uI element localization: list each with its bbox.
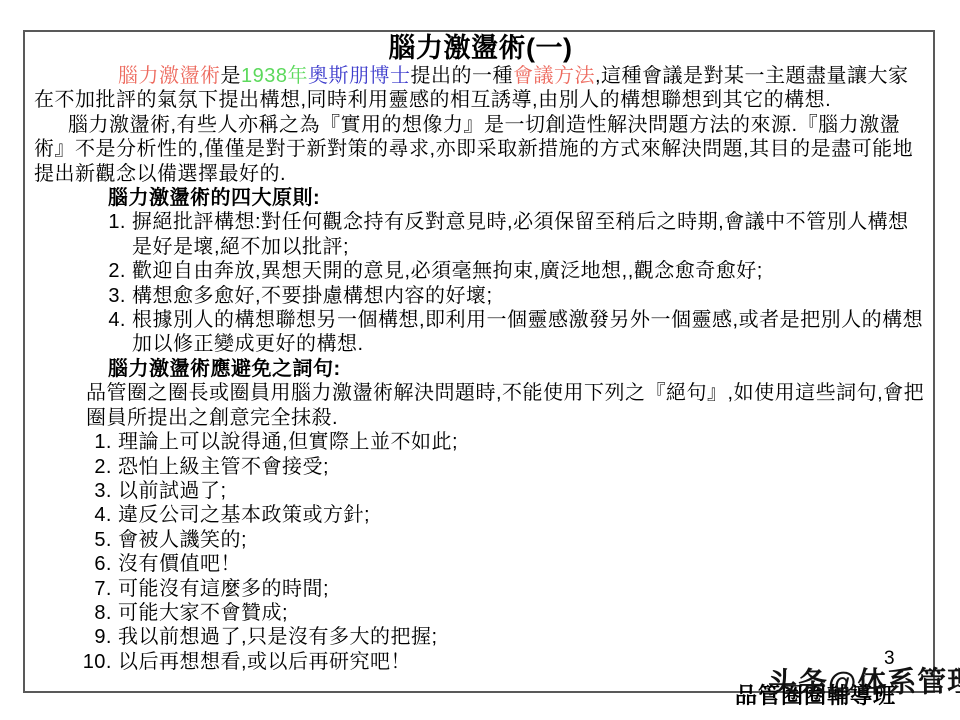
slide-content: 腦力激盪術(一) 腦力激盪術是1938年奧斯朋博士提出的一種會議方法,這種會議是… <box>25 32 933 674</box>
list-item-text: 可能沒有這麼多的時間; <box>118 577 927 601</box>
list-item-number: 10. <box>78 650 112 674</box>
list-item-text: 構想愈多愈好,不要掛慮構想内容的好壞; <box>132 284 927 308</box>
text-segment-blue: 奧斯朋博士 <box>308 65 411 87</box>
list-item: 3.構想愈多愈好,不要掛慮構想内容的好壞; <box>104 284 927 308</box>
list-item-text: 摒絕批評構想:對任何觀念持有反對意見時,必須保留至稍后之時期,會議中不管別人構想… <box>132 210 927 259</box>
list-item: 4.違反公司之基本政策或方針; <box>78 503 927 527</box>
slide-frame: 腦力激盪術(一) 腦力激盪術是1938年奧斯朋博士提出的一種會議方法,這種會議是… <box>23 30 935 693</box>
list-item-number: 3. <box>78 479 112 503</box>
list-item-text: 恐怕上級主管不會接受; <box>118 455 927 479</box>
list-item-text: 會被人譏笑的; <box>118 528 927 552</box>
list-item: 8.可能大家不會贊成; <box>78 601 927 625</box>
list-item-number: 9. <box>78 625 112 649</box>
text-segment-green: 1938年 <box>241 65 308 87</box>
intro-paragraph-1: 腦力激盪術是1938年奧斯朋博士提出的一種會議方法,這種會議是對某一主題盡量讓大… <box>34 64 927 113</box>
list-item: 9.我以前想過了,只是沒有多大的把握; <box>78 625 927 649</box>
list-item: 7.可能沒有這麼多的時間; <box>78 577 927 601</box>
list-item-number: 1. <box>104 210 126 259</box>
principles-list: 1.摒絕批評構想:對任何觀念持有反對意見時,必須保留至稍后之時期,會議中不管別人… <box>34 210 927 356</box>
list-item: 1.理論上可以說得通,但實際上並不如此; <box>78 430 927 454</box>
list-item-number: 3. <box>104 284 126 308</box>
list-item-text: 根據別人的構想聯想另一個構想,即利用一個靈感激發另外一個靈感,或者是把別人的構想… <box>132 308 927 357</box>
text-segment-black: 是 <box>221 65 242 87</box>
list-item-number: 4. <box>78 503 112 527</box>
list-item-text: 沒有價值吧！ <box>118 552 927 576</box>
list-item-number: 2. <box>78 455 112 479</box>
text-segment-red: 會議方法 <box>513 65 595 87</box>
list-item: 1.摒絕批評構想:對任何觀念持有反對意見時,必須保留至稍后之時期,會議中不管別人… <box>104 210 927 259</box>
list-item-number: 7. <box>78 577 112 601</box>
list-item: 5.會被人譏笑的; <box>78 528 927 552</box>
slide-title: 腦力激盪術(一) <box>34 33 927 64</box>
text-segment-black: 提出的一種 <box>411 65 514 87</box>
list-item-number: 1. <box>78 430 112 454</box>
list-item: 4.根據別人的構想聯想另一個構想,即利用一個靈感激發另外一個靈感,或者是把別人的… <box>104 308 927 357</box>
intro-paragraph-2: 腦力激盪術,有些人亦稱之為『實用的想像力』是一切創造性解決問題方法的來源.『腦力… <box>34 113 927 186</box>
list-item-text: 歡迎自由奔放,異想天開的意見,必須毫無拘束,廣泛地想,,觀念愈奇愈好; <box>132 259 927 283</box>
list-item-text: 可能大家不會贊成; <box>118 601 927 625</box>
text-segment-red: 腦力激盪術 <box>118 65 221 87</box>
list-item-text: 我以前想過了,只是沒有多大的把握; <box>118 625 927 649</box>
list-item-number: 8. <box>78 601 112 625</box>
list-item: 6.沒有價值吧！ <box>78 552 927 576</box>
list-item-text: 理論上可以說得通,但實際上並不如此; <box>118 430 927 454</box>
watermark-text: 头条@体系管理 <box>768 659 960 702</box>
list-item: 3.以前試過了; <box>78 479 927 503</box>
list-item-text: 違反公司之基本政策或方針; <box>118 503 927 527</box>
list-item-number: 6. <box>78 552 112 576</box>
list-item: 2.歡迎自由奔放,異想天開的意見,必須毫無拘束,廣泛地想,,觀念愈奇愈好; <box>104 259 927 283</box>
list-item-number: 4. <box>104 308 126 357</box>
list-item: 2.恐怕上級主管不會接受; <box>78 455 927 479</box>
list-item-number: 2. <box>104 259 126 283</box>
list-item-number: 5. <box>78 528 112 552</box>
principles-heading: 腦力激盪術的四大原則: <box>108 186 927 210</box>
avoid-heading: 腦力激盪術應避免之詞句: <box>108 357 927 381</box>
avoid-intro: 品管圈之圈長或圈員用腦力激盪術解決問題時,不能使用下列之『絕句』,如使用這些詞句… <box>86 381 927 430</box>
avoid-phrases-list: 1.理論上可以說得通,但實際上並不如此;2.恐怕上級主管不會接受;3.以前試過了… <box>34 430 927 674</box>
list-item-text: 以前試過了; <box>118 479 927 503</box>
